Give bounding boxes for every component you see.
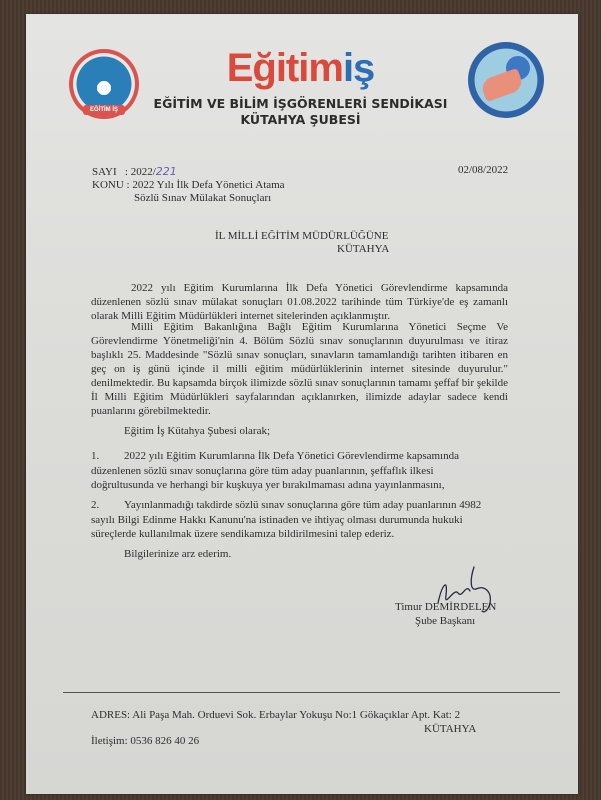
body-paragraph-1: 2022 yılı Eğitim Kurumlarına İlk Defa Yö… xyxy=(91,281,508,323)
item-number: 1. xyxy=(91,449,124,464)
konu-label: KONU xyxy=(92,179,124,191)
body-paragraph-3: Eğitim İş Kütahya Şubesi olarak; xyxy=(124,424,541,438)
letter-date: 02/08/2022 xyxy=(458,164,508,176)
addressee-line-2: KÜTAHYA xyxy=(215,243,389,256)
addressee-line-1: İL MİLLİ EĞİTİM MÜDÜRLÜĞÜNE xyxy=(215,230,389,243)
item-number: 2. xyxy=(91,498,124,513)
branch-name: KÜTAHYA ŞUBESİ xyxy=(0,112,601,127)
body-paragraph-2: Milli Eğitim Bakanlığına Bağlı Eğitim Ku… xyxy=(91,320,508,418)
footer-divider xyxy=(63,692,560,693)
sayi-label: SAYI xyxy=(92,166,117,178)
footer-address: ADRES: Ali Paşa Mah. Orduevi Sok. Erbayl… xyxy=(91,708,476,736)
request-item-1: 1.2022 yılı Eğitim Kurumlarına İlk Defa … xyxy=(91,449,491,493)
signer-name: Timur DEMİRDELEN xyxy=(395,600,496,614)
address-line: ADRES: Ali Paşa Mah. Orduevi Sok. Erbayl… xyxy=(91,708,476,722)
brand-word-red: Eğitim xyxy=(227,46,343,90)
sayi-printed: : 2022/ xyxy=(125,166,156,178)
konu-line-2: Sözlü Sınav Mülakat Sonuçları xyxy=(134,192,271,205)
konu-line-1: : 2022 Yılı İlk Defa Yönetici Atama xyxy=(127,179,285,191)
brand-word-blue: iş xyxy=(343,46,374,90)
closing-line: Bilgilerinize arz ederim. xyxy=(124,548,231,560)
request-item-2: 2.Yayınlanmadığı takdirde sözlü sınav so… xyxy=(91,498,491,542)
item-text: Yayınlanmadığı takdirde sözlü sınav sonu… xyxy=(91,499,481,540)
sayi-handwritten: 221 xyxy=(156,165,177,178)
footer-contact: İletişim: 0536 826 40 26 xyxy=(91,735,199,747)
signer-block: Timur DEMİRDELEN Şube Başkanı xyxy=(395,600,496,628)
reference-number: SAYI : 2022/221 xyxy=(92,165,177,179)
organization-name: EĞİTİM VE BİLİM İŞGÖRENLERİ SENDİKASI xyxy=(0,96,601,111)
signer-title: Şube Başkanı xyxy=(395,614,496,628)
address-city: KÜTAHYA xyxy=(91,722,476,736)
item-text: 2022 yılı Eğitim Kurumlarına İlk Defa Yö… xyxy=(91,450,459,491)
addressee: İL MİLLİ EĞİTİM MÜDÜRLÜĞÜNE KÜTAHYA xyxy=(215,230,389,256)
brand-wordmark: Eğitimiş xyxy=(0,46,601,91)
subject-line: KONU : 2022 Yılı İlk Defa Yönetici Atama xyxy=(92,179,285,192)
